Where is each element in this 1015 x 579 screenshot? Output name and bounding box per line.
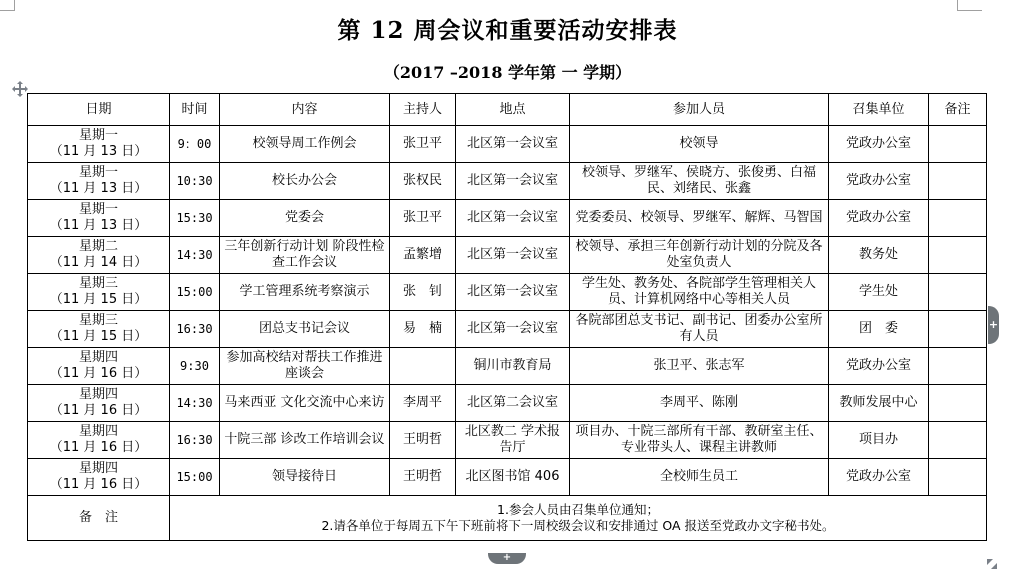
location-cell[interactable]: 北区第一会议室 bbox=[456, 126, 570, 163]
host-cell[interactable]: 李周平 bbox=[390, 385, 456, 422]
page-corner-mark-right bbox=[957, 0, 982, 11]
date-cell[interactable]: 星期三（11 月 15 日） bbox=[28, 274, 170, 311]
table-row: 星期一（11 月 13 日） 15:30 党委会 张卫平 北区第一会议室 党委委… bbox=[28, 200, 987, 237]
date-cell[interactable]: 星期四（11 月 16 日） bbox=[28, 385, 170, 422]
organizer-cell[interactable]: 党政办公室 bbox=[829, 348, 929, 385]
remarks-cell[interactable] bbox=[929, 237, 987, 274]
time-cell[interactable]: 14:30 bbox=[170, 385, 220, 422]
host-cell[interactable]: 张卫平 bbox=[390, 200, 456, 237]
organizer-cell[interactable]: 党政办公室 bbox=[829, 200, 929, 237]
attendees-cell[interactable]: 李周平、陈刚 bbox=[570, 385, 829, 422]
content-cell[interactable]: 十院三部 诊改工作培训会议 bbox=[220, 422, 390, 459]
attendees-cell[interactable]: 党委委员、校领导、罗继军、解辉、马智国 bbox=[570, 200, 829, 237]
footer-notes-cell[interactable]: 1.参会人员由召集单位通知； 2.请各单位于每周五下午下班前将下一周校级会议和安… bbox=[170, 496, 987, 541]
organizer-cell[interactable]: 教务处 bbox=[829, 237, 929, 274]
organizer-cell[interactable]: 党政办公室 bbox=[829, 459, 929, 496]
header-location: 地点 bbox=[456, 94, 570, 126]
time-cell[interactable]: 14:30 bbox=[170, 237, 220, 274]
header-content: 内容 bbox=[220, 94, 390, 126]
remarks-cell[interactable] bbox=[929, 274, 987, 311]
content-cell[interactable]: 领导接待日 bbox=[220, 459, 390, 496]
location-cell[interactable]: 北区图书馆 406 bbox=[456, 459, 570, 496]
host-cell[interactable]: 张卫平 bbox=[390, 126, 456, 163]
time-cell[interactable]: 16:30 bbox=[170, 311, 220, 348]
table-header-row: 日期 时间 内容 主持人 地点 参加人员 召集单位 备注 bbox=[28, 94, 987, 126]
location-cell[interactable]: 北区第一会议室 bbox=[456, 311, 570, 348]
host-cell[interactable]: 王明哲 bbox=[390, 422, 456, 459]
table-row: 星期四（11 月 16 日） 15:00 领导接待日 王明哲 北区图书馆 406… bbox=[28, 459, 987, 496]
table-resize-handle-icon[interactable] bbox=[987, 554, 997, 564]
date-cell[interactable]: 星期三（11 月 15 日） bbox=[28, 311, 170, 348]
organizer-cell[interactable]: 学生处 bbox=[829, 274, 929, 311]
header-host: 主持人 bbox=[390, 94, 456, 126]
content-cell[interactable]: 校长办公会 bbox=[220, 163, 390, 200]
date-cell[interactable]: 星期一（11 月 13 日） bbox=[28, 126, 170, 163]
table-row: 星期三（11 月 15 日） 16:30 团总支书记会议 易 楠 北区第一会议室… bbox=[28, 311, 987, 348]
remarks-cell[interactable] bbox=[929, 422, 987, 459]
remarks-cell[interactable] bbox=[929, 348, 987, 385]
content-cell[interactable]: 校领导周工作例会 bbox=[220, 126, 390, 163]
time-cell[interactable]: 15:00 bbox=[170, 274, 220, 311]
time-cell[interactable]: 9:30 bbox=[170, 348, 220, 385]
remarks-cell[interactable] bbox=[929, 311, 987, 348]
remarks-cell[interactable] bbox=[929, 163, 987, 200]
content-cell[interactable]: 党委会 bbox=[220, 200, 390, 237]
footer-label-cell[interactable]: 备 注 bbox=[28, 496, 170, 541]
host-cell[interactable]: 张权民 bbox=[390, 163, 456, 200]
table-row: 星期一（11 月 13 日） 10:30 校长办公会 张权民 北区第一会议室 校… bbox=[28, 163, 987, 200]
location-cell[interactable]: 铜川市教育局 bbox=[456, 348, 570, 385]
attendees-cell[interactable]: 张卫平、张志军 bbox=[570, 348, 829, 385]
host-cell[interactable]: 张 钊 bbox=[390, 274, 456, 311]
content-cell[interactable]: 马来西亚 文化交流中心来访 bbox=[220, 385, 390, 422]
document-subtitle: （2017 –2018 学年第 一 学期） bbox=[0, 60, 1015, 83]
location-cell[interactable]: 北区第一会议室 bbox=[456, 237, 570, 274]
host-cell[interactable]: 孟繁增 bbox=[390, 237, 456, 274]
date-cell[interactable]: 星期一（11 月 13 日） bbox=[28, 200, 170, 237]
location-cell[interactable]: 北区第一会议室 bbox=[456, 200, 570, 237]
host-cell[interactable] bbox=[390, 348, 456, 385]
date-cell[interactable]: 星期一（11 月 13 日） bbox=[28, 163, 170, 200]
table-footer-row: 备 注 1.参会人员由召集单位通知； 2.请各单位于每周五下午下班前将下一周校级… bbox=[28, 496, 987, 541]
header-remarks: 备注 bbox=[929, 94, 987, 126]
organizer-cell[interactable]: 党政办公室 bbox=[829, 126, 929, 163]
attendees-cell[interactable]: 校领导、罗继军、侯晓方、张俊勇、白福民、刘绪民、张鑫 bbox=[570, 163, 829, 200]
content-cell[interactable]: 学工管理系统考察演示 bbox=[220, 274, 390, 311]
attendees-cell[interactable]: 项目办、十院三部所有干部、教研室主任、专业带头人、课程主讲教师 bbox=[570, 422, 829, 459]
schedule-table: 日期 时间 内容 主持人 地点 参加人员 召集单位 备注 星期一（11 月 13… bbox=[27, 93, 987, 541]
location-cell[interactable]: 北区教二 学术报告厅 bbox=[456, 422, 570, 459]
date-cell[interactable]: 星期四（11 月 16 日） bbox=[28, 459, 170, 496]
organizer-cell[interactable]: 教师发展中心 bbox=[829, 385, 929, 422]
location-cell[interactable]: 北区第二会议室 bbox=[456, 385, 570, 422]
add-row-button[interactable]: + bbox=[488, 553, 526, 564]
date-cell[interactable]: 星期四（11 月 16 日） bbox=[28, 422, 170, 459]
attendees-cell[interactable]: 校领导、承担三年创新行动计划的分院及各处室负责人 bbox=[570, 237, 829, 274]
location-cell[interactable]: 北区第一会议室 bbox=[456, 274, 570, 311]
location-cell[interactable]: 北区第一会议室 bbox=[456, 163, 570, 200]
time-cell[interactable]: 10:30 bbox=[170, 163, 220, 200]
host-cell[interactable]: 易 楠 bbox=[390, 311, 456, 348]
content-cell[interactable]: 参加高校结对帮扶工作推进座谈会 bbox=[220, 348, 390, 385]
host-cell[interactable]: 王明哲 bbox=[390, 459, 456, 496]
remarks-cell[interactable] bbox=[929, 459, 987, 496]
time-cell[interactable]: 9：00 bbox=[170, 126, 220, 163]
remarks-cell[interactable] bbox=[929, 385, 987, 422]
table-row: 星期二（11 月 14 日） 14:30 三年创新行动计划 阶段性检查工作会议 … bbox=[28, 237, 987, 274]
time-cell[interactable]: 16:30 bbox=[170, 422, 220, 459]
attendees-cell[interactable]: 校领导 bbox=[570, 126, 829, 163]
organizer-cell[interactable]: 团 委 bbox=[829, 311, 929, 348]
footer-note-2: 2.请各单位于每周五下午下班前将下一周校级会议和安排通过 OA 报送至党政办文字… bbox=[173, 518, 983, 534]
remarks-cell[interactable] bbox=[929, 126, 987, 163]
header-attendees: 参加人员 bbox=[570, 94, 829, 126]
remarks-cell[interactable] bbox=[929, 200, 987, 237]
table-row: 星期四（11 月 16 日） 9:30 参加高校结对帮扶工作推进座谈会 铜川市教… bbox=[28, 348, 987, 385]
content-cell[interactable]: 团总支书记会议 bbox=[220, 311, 390, 348]
header-date: 日期 bbox=[28, 94, 170, 126]
document-title: 第 12 周会议和重要活动安排表 bbox=[0, 12, 1015, 45]
date-cell[interactable]: 星期二（11 月 14 日） bbox=[28, 237, 170, 274]
header-organizer: 召集单位 bbox=[829, 94, 929, 126]
attendees-cell[interactable]: 各院部团总支书记、副书记、团委办公室所有人员 bbox=[570, 311, 829, 348]
attendees-cell[interactable]: 学生处、教务处、各院部学生管理相关人员、计算机网络中心等相关人员 bbox=[570, 274, 829, 311]
time-cell[interactable]: 15:00 bbox=[170, 459, 220, 496]
header-time: 时间 bbox=[170, 94, 220, 126]
attendees-cell[interactable]: 全校师生员工 bbox=[570, 459, 829, 496]
table-row: 星期四（11 月 16 日） 14:30 马来西亚 文化交流中心来访 李周平 北… bbox=[28, 385, 987, 422]
content-cell[interactable]: 三年创新行动计划 阶段性检查工作会议 bbox=[220, 237, 390, 274]
add-column-button[interactable]: + bbox=[988, 306, 999, 344]
organizer-cell[interactable]: 党政办公室 bbox=[829, 163, 929, 200]
date-cell[interactable]: 星期四（11 月 16 日） bbox=[28, 348, 170, 385]
time-cell[interactable]: 15:30 bbox=[170, 200, 220, 237]
footer-note-1: 1.参会人员由召集单位通知； bbox=[173, 502, 983, 518]
page-corner-mark-left bbox=[0, 0, 15, 11]
organizer-cell[interactable]: 项目办 bbox=[829, 422, 929, 459]
table-row: 星期三（11 月 15 日） 15:00 学工管理系统考察演示 张 钊 北区第一… bbox=[28, 274, 987, 311]
table-move-handle-icon[interactable] bbox=[12, 81, 28, 97]
table-row: 星期四（11 月 16 日） 16:30 十院三部 诊改工作培训会议 王明哲 北… bbox=[28, 422, 987, 459]
table-row: 星期一（11 月 13 日） 9：00 校领导周工作例会 张卫平 北区第一会议室… bbox=[28, 126, 987, 163]
